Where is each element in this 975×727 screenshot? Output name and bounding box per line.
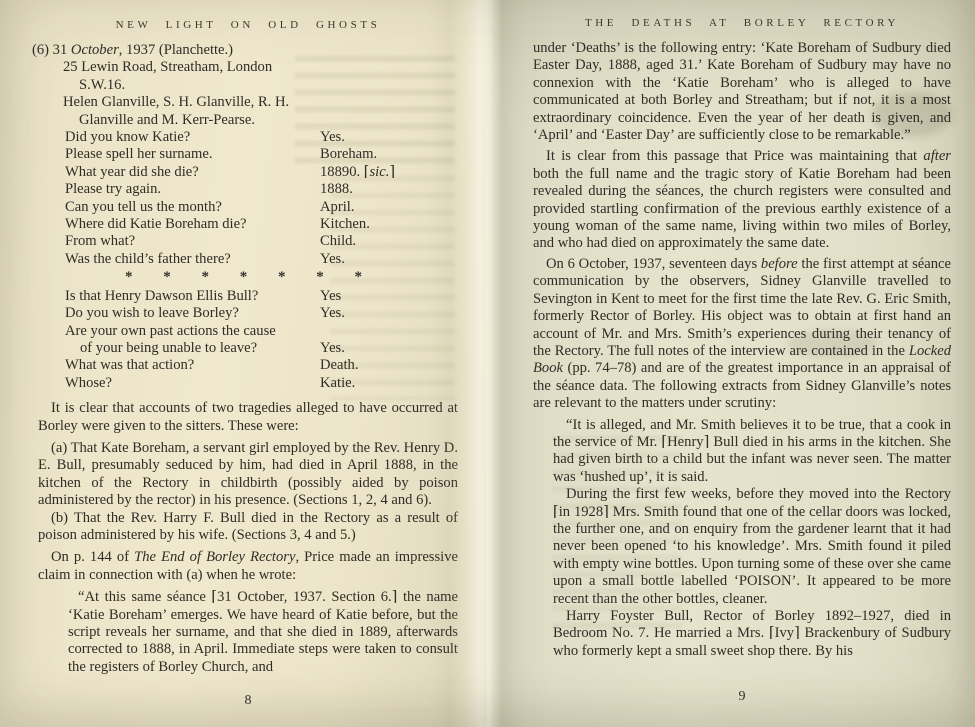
seance-session-heading: (6) 31 October, 1937 (Planchette.) 25 Le… (65, 42, 458, 129)
qa-question-line: Are your own past actions the cause (65, 323, 320, 340)
qa-answer: 1888. (320, 181, 458, 198)
qa-row: Are your own past actions the cause of y… (65, 323, 458, 358)
paragraph: under ‘Deaths’ is the following entry: ‘… (533, 40, 951, 144)
text-segment: On 6 October, 1937, seventeen days (546, 256, 761, 272)
qa-answer: Kitchen. (320, 216, 458, 233)
qa-row: Can you tell us the month? April. (65, 199, 458, 216)
block-quote: “At this same séance ⌈31 October, 1937. … (68, 589, 458, 676)
text-segment-italic: before (761, 256, 798, 272)
book-title-italic: The End of Borley Rectory (134, 549, 295, 565)
qa-question: Are your own past actions the cause of y… (65, 323, 320, 358)
qa-answer: Katie. (320, 375, 458, 392)
qa-row: Please try again. 1888. (65, 181, 458, 198)
qa-row: What was that action? Death. (65, 357, 458, 374)
text-segment: On p. 144 of (51, 549, 134, 565)
page-right: THE DEATHS AT BORLEY RECTORY under ‘Deat… (487, 0, 975, 727)
session-sitters-line: Glanville and M. Kerr-Pearse. (79, 112, 458, 129)
page-number-left: 8 (38, 693, 458, 709)
paragraph: On p. 144 of The End of Borley Rectory, … (38, 549, 458, 584)
block-quote: Harry Foyster Bull, Rector of Borley 189… (553, 608, 951, 660)
qa-answer: Yes. (320, 305, 458, 322)
page-left: NEW LIGHT ON OLD GHOSTS (6) 31 October, … (0, 0, 487, 727)
qa-answer: Boreham. (320, 146, 458, 163)
qa-row: Is that Henry Dawson Ellis Bull? Yes (65, 288, 458, 305)
paragraph: On 6 October, 1937, seventeen days befor… (533, 256, 951, 413)
paragraph-b: (b) That the Rev. Harry F. Bull died in … (38, 510, 458, 545)
qa-question: Can you tell us the month? (65, 199, 320, 216)
text-segment: 18890. ⌈ (320, 164, 369, 180)
qa-row: Do you wish to leave Borley? Yes. (65, 305, 458, 322)
qa-question: Is that Henry Dawson Ellis Bull? (65, 288, 320, 305)
running-head-left: NEW LIGHT ON OLD GHOSTS (38, 19, 458, 31)
qa-answer: Child. (320, 233, 458, 250)
qa-answer: Death. (320, 357, 458, 374)
session-sitters-line: Helen Glanville, S. H. Glanville, R. H. (63, 94, 458, 111)
qa-answer: April. (320, 199, 458, 216)
qa-answer: Yes. (320, 129, 458, 146)
session-address-line: 25 Lewin Road, Streatham, London (63, 59, 458, 76)
left-page-text: (6) 31 October, 1937 (Planchette.) 25 Le… (38, 42, 458, 676)
session-address-line: S.W.16. (79, 77, 458, 94)
qa-row: Was the child’s father there? Yes. (65, 251, 458, 268)
qa-question: Do you wish to leave Borley? (65, 305, 320, 322)
page-number-right: 9 (533, 689, 951, 705)
text-segment-italic: after (923, 148, 951, 164)
qa-answer: 18890. ⌈sic.⌉ (320, 164, 458, 181)
text-segment: (6) 31 (32, 42, 71, 58)
qa-row: Whose? Katie. (65, 375, 458, 392)
qa-answer: Yes. (320, 251, 458, 268)
qa-question: Where did Katie Boreham die? (65, 216, 320, 233)
text-segment-italic: sic. (369, 164, 389, 180)
paragraph: It is clear from this passage that Price… (533, 148, 951, 252)
text-segment: It is clear from this passage that Price… (546, 148, 923, 164)
qa-row: From what? Child. (65, 233, 458, 250)
book-spread: NEW LIGHT ON OLD GHOSTS (6) 31 October, … (0, 0, 975, 727)
text-segment-italic: October (71, 42, 119, 58)
qa-question: Please try again. (65, 181, 320, 198)
qa-question: Please spell her surname. (65, 146, 320, 163)
qa-question: What was that action? (65, 357, 320, 374)
right-page-text: under ‘Deaths’ is the following entry: ‘… (533, 40, 951, 660)
text-segment: , 1937 (Planchette.) (119, 42, 233, 58)
qa-question-line: of your being unable to leave? (80, 340, 320, 357)
block-quote: During the first few weeks, before they … (553, 486, 951, 608)
qa-row: Where did Katie Boreham die? Kitchen. (65, 216, 458, 233)
asterisk-separator: * * * * * * * (125, 269, 458, 286)
qa-row: Did you know Katie? Yes. (65, 129, 458, 146)
qa-question: From what? (65, 233, 320, 250)
qa-question: What year did she die? (65, 164, 320, 181)
text-segment: (pp. 74–78) and are of the greatest impo… (533, 360, 951, 411)
qa-question: Was the child’s father there? (65, 251, 320, 268)
qa-answer: Yes. (320, 340, 458, 357)
qa-row: What year did she die? 18890. ⌈sic.⌉ (65, 164, 458, 181)
qa-question: Did you know Katie? (65, 129, 320, 146)
qa-answer: Yes (320, 288, 458, 305)
qa-row: Please spell her surname. Boreham. (65, 146, 458, 163)
text-segment: ⌉ (389, 164, 395, 180)
paragraph-a: (a) That Kate Boreham, a servant girl em… (38, 440, 458, 510)
running-head-right: THE DEATHS AT BORLEY RECTORY (533, 17, 951, 29)
session-date-line: (6) 31 October, 1937 (Planchette.) (32, 42, 458, 59)
paragraph: It is clear that accounts of two tragedi… (38, 400, 458, 435)
block-quote: “It is alleged, and Mr. Smith believes i… (553, 417, 951, 487)
text-segment: both the full name and the tragic story … (533, 166, 951, 252)
qa-question: Whose? (65, 375, 320, 392)
